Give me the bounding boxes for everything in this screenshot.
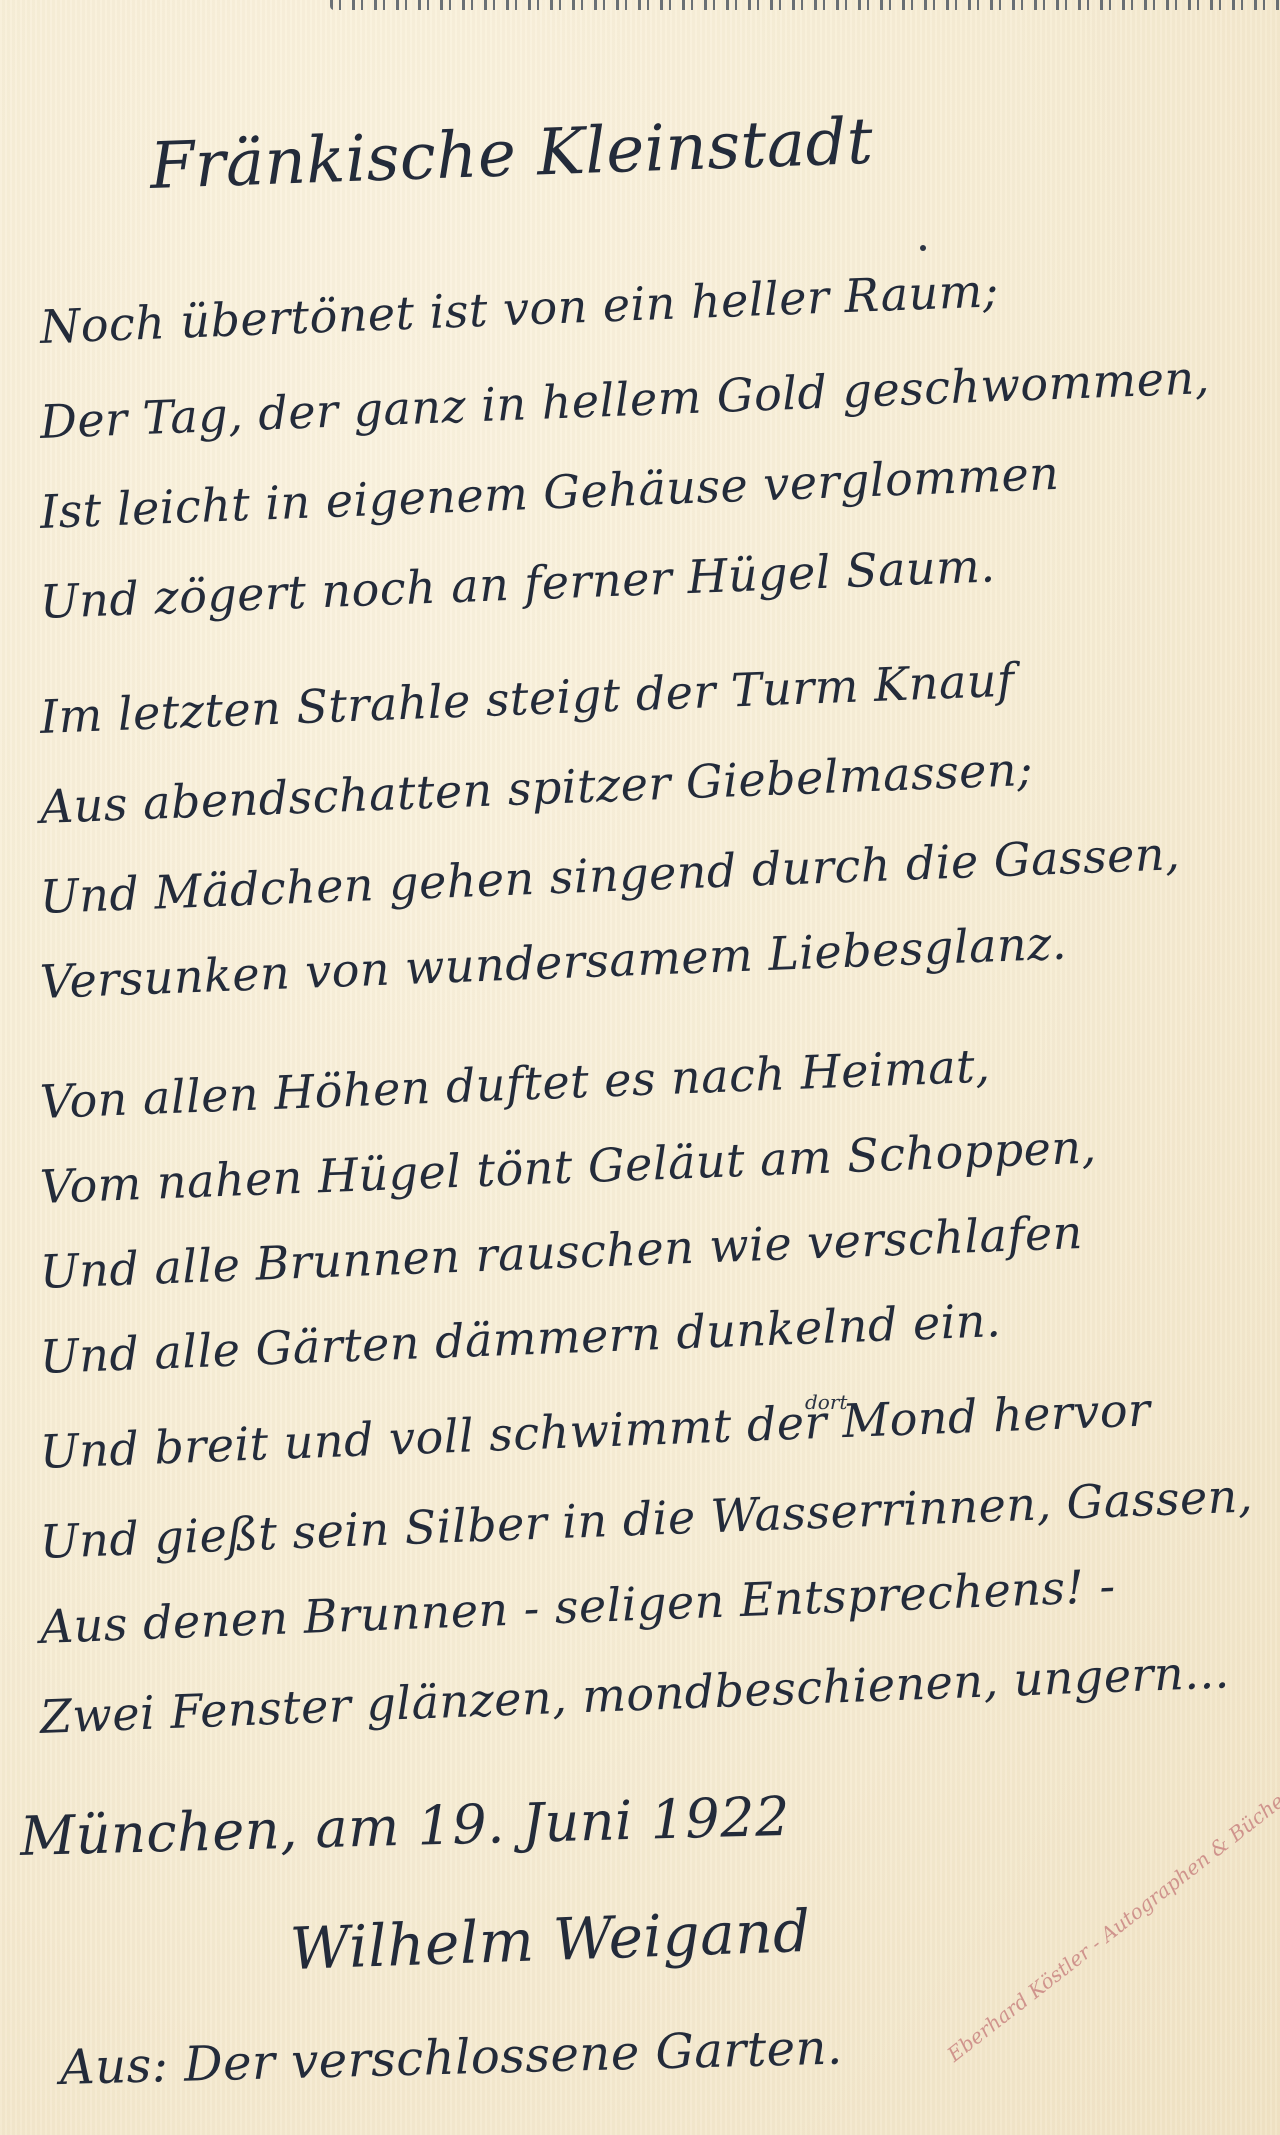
verse-line: Und zögert noch an ferner Hügel Saum.: [39, 538, 996, 629]
verse-line: Und alle Brunnen rauschen wie verschlafe…: [39, 1205, 1084, 1299]
poem-title: Fränkische Kleinstadt: [149, 105, 875, 204]
place-date: München, am 19. Juni 1922: [19, 1785, 790, 1868]
verse-line: Zwei Fenster glänzen, mondbeschienen, un…: [39, 1644, 1230, 1744]
source-note: Aus: Der verschlossene Garten.: [59, 2020, 843, 2096]
manuscript-page: Fränkische Kleinstadt Noch übertönet ist…: [0, 0, 1280, 2135]
author-signature: Wilhelm Weigand: [289, 1897, 812, 1983]
verse-line: Im letzten Strahle steigt der Turm Knauf: [39, 653, 1015, 744]
verse-line: Versunken von wundersamem Liebesglanz.: [39, 916, 1068, 1009]
cut-off-previous-line: [330, 0, 1280, 10]
verse-line: Und alle Gärten dämmern dunkelnd ein.: [39, 1293, 1002, 1384]
verse-line: Und Mädchen gehen singend durch die Gass…: [39, 826, 1181, 924]
verse-line: Der Tag, der ganz in hellem Gold geschwo…: [39, 350, 1211, 449]
verse-line: Aus denen Brunnen - seligen Entsprechens…: [39, 1559, 1117, 1654]
verse-line: Und breit und voll schwimmt der Mond her…: [39, 1382, 1151, 1479]
verse-line: Noch übertönet ist von ein heller Raum;: [39, 263, 1000, 354]
verse-line: Und gießt sein Silber in die Wasserrinne…: [39, 1468, 1254, 1569]
ink-dot: [920, 245, 926, 251]
dealer-watermark: Eberhard Köstler - Autographen & Bücher: [943, 1783, 1280, 2067]
verse-line: Von allen Höhen duftet es nach Heimat,: [39, 1039, 991, 1129]
verse-line: Ist leicht in eigenem Gehäuse verglommen: [39, 446, 1060, 539]
verse-line: Aus abendschatten spitzer Giebelmassen;: [39, 742, 1034, 834]
verse-line: Vom nahen Hügel tönt Geläut am Schoppen,: [39, 1119, 1097, 1214]
